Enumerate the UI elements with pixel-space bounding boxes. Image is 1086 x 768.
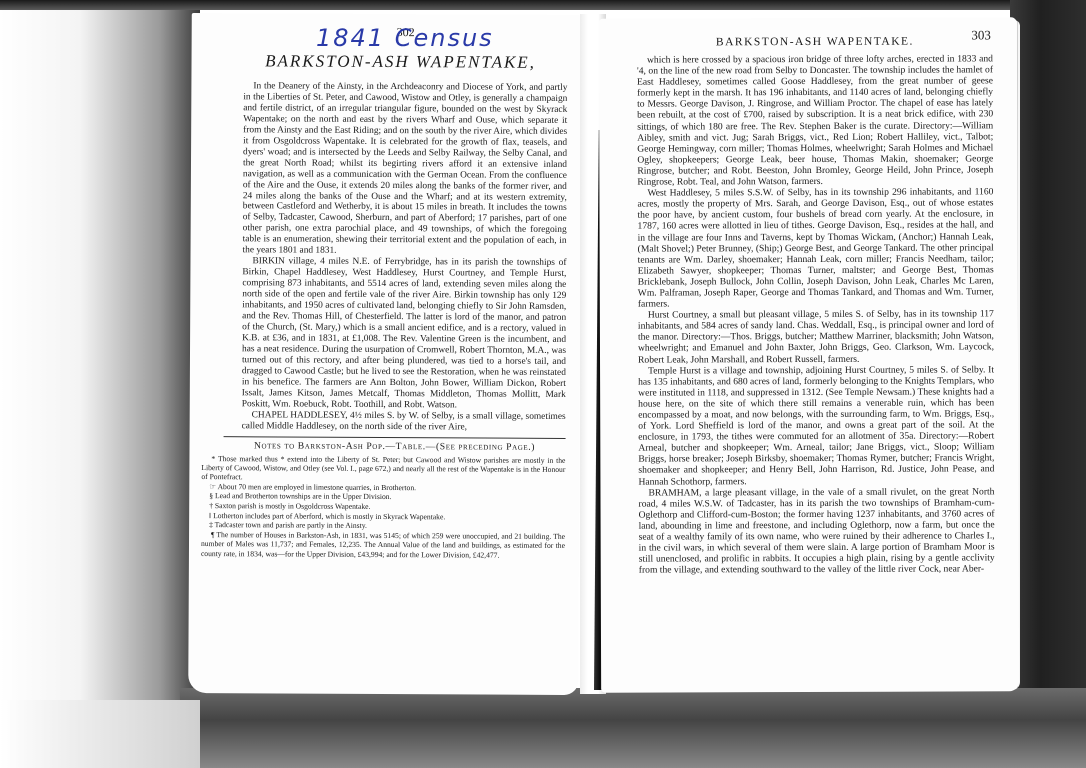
scan-background-top xyxy=(0,0,1086,10)
left-page-body: In the Deanery of the Ainsty, in the Arc… xyxy=(242,81,568,433)
paragraph: Temple Hurst is a village and township, … xyxy=(638,364,994,487)
paragraph: BRAMHAM, a large pleasant village, in th… xyxy=(638,486,994,576)
scan-background-right xyxy=(1010,0,1086,768)
paragraph: In the Deanery of the Ainsty, in the Arc… xyxy=(243,81,568,258)
paragraph: BIRKIN village, 4 miles N.E. of Ferrybri… xyxy=(242,257,567,412)
footnote: * Those marked thus * extend into the Li… xyxy=(201,454,565,484)
right-page-number: 303 xyxy=(971,29,991,41)
right-page: 303 BARKSTON-ASH WAPENTAKE. which is her… xyxy=(599,17,1019,692)
scan-background-bottom-left xyxy=(0,700,200,768)
paragraph: which is here crossed by a spacious iron… xyxy=(637,53,993,187)
notes-title: Notes to Barkston-Ash Pop.—Table.—(See p… xyxy=(223,440,565,453)
footnotes: * Those marked thus * extend into the Li… xyxy=(201,454,566,560)
section-divider xyxy=(224,436,566,439)
scan-background-bottom xyxy=(180,688,1086,768)
right-page-running-head: BARKSTON-ASH WAPENTAKE. xyxy=(637,35,993,48)
left-page: 302 BARKSTON-ASH WAPENTAKE, In the Deane… xyxy=(188,13,582,695)
paragraph: Hurst Courtney, a small but pleasant vil… xyxy=(638,309,994,366)
paragraph: West Haddlesey, 5 miles S.S.W. of Selby,… xyxy=(637,186,993,309)
scan-background-left xyxy=(0,0,200,768)
handwritten-annotation: 1841 Census xyxy=(316,24,494,52)
footnote: ¶ The number of Houses in Barkston-Ash, … xyxy=(201,530,565,560)
paragraph: CHAPEL HADDLESEY, 4½ miles S. by W. of S… xyxy=(242,410,566,434)
left-page-title: BARKSTON-ASH WAPENTAKE, xyxy=(233,51,567,73)
